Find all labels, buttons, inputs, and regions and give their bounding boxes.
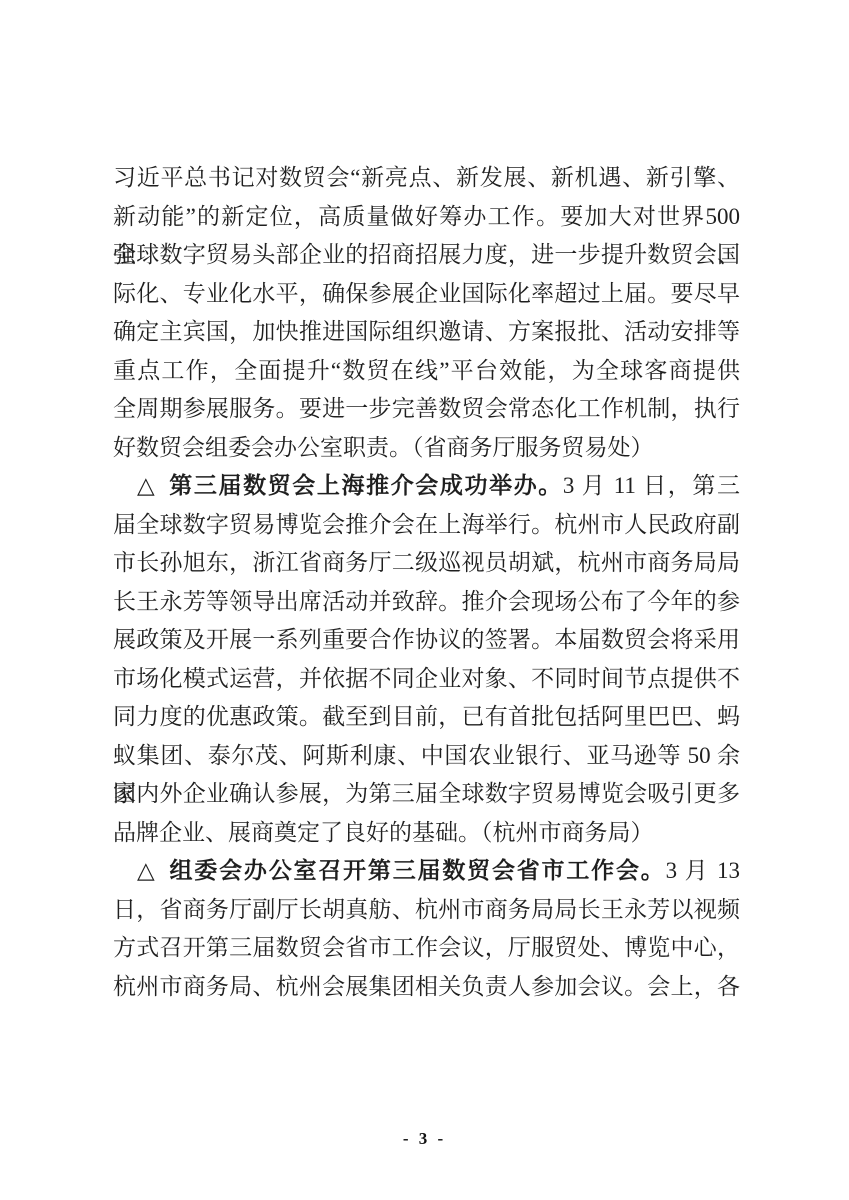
text-line: 届全球数字贸易博览会推介会在上海举行。杭州市人民政府副 — [113, 506, 740, 545]
item-title: 组委会办公室召开第三届数贸会省市工作会。 — [170, 858, 666, 883]
text-line: 确定主宾国，加快推进国际组织邀请、方案报批、活动安排等 — [113, 313, 740, 352]
text-line: 市长孙旭东，浙江省商务厅二级巡视员胡斌，杭州市商务局局 — [113, 544, 740, 583]
text-line: △组委会办公室召开第三届数贸会省市工作会。3 月 13 — [113, 852, 740, 891]
page-number: - 3 - — [0, 1124, 849, 1154]
text-line: 际化、专业化水平，确保参展企业国际化率超过上届。要尽早 — [113, 275, 740, 314]
paragraph-item-shanghai-promotion: △第三届数贸会上海推介会成功举办。3 月 11 日，第三 届全球数字贸易博览会推… — [113, 467, 740, 852]
text-line: 习近平总书记对数贸会“新亮点、新发展、新机遇、新引擎、 — [113, 159, 740, 198]
text-line: 蚁集团、泰尔茂、阿斯利康、中国农业银行、亚马逊等 50 余家 — [113, 737, 740, 776]
text-line: 国内外企业确认参展，为第三届全球数字贸易博览会吸引更多 — [113, 775, 740, 814]
text-line: 市场化模式运营，并依据不同企业对象、不同时间节点提供不 — [113, 660, 740, 699]
text-line: 新动能”的新定位，高质量做好筹办工作。要加大对世界500强、 — [113, 198, 740, 237]
text-line: 全周期参展服务。要进一步完善数贸会常态化工作机制，执行 — [113, 390, 740, 429]
item-title: 第三届数贸会上海推介会成功举办。 — [169, 473, 563, 498]
text-line: 全球数字贸易头部企业的招商招展力度，进一步提升数贸会国 — [113, 236, 740, 275]
document-page: 习近平总书记对数贸会“新亮点、新发展、新机遇、新引擎、 新动能”的新定位，高质量… — [0, 0, 849, 1200]
text-line: 长王永芳等领导出席活动并致辞。推介会现场公布了今年的参 — [113, 583, 740, 622]
text-line: 同力度的优惠政策。截至到目前，已有首批包括阿里巴巴、蚂 — [113, 698, 740, 737]
text-block: 习近平总书记对数贸会“新亮点、新发展、新机遇、新引擎、 新动能”的新定位，高质量… — [113, 159, 740, 1006]
text-line: 日，省商务厅副厅长胡真舫、杭州市商务局局长王永芳以视频 — [113, 891, 740, 930]
paragraph-item-work-meeting: △组委会办公室召开第三届数贸会省市工作会。3 月 13 日，省商务厅副厅长胡真舫… — [113, 852, 740, 1006]
text-line: 重点工作，全面提升“数贸在线”平台效能，为全球客商提供 — [113, 352, 740, 391]
text-line: 品牌企业、展商奠定了良好的基础。（杭州市商务局） — [113, 814, 740, 853]
text-line: △第三届数贸会上海推介会成功举办。3 月 11 日，第三 — [113, 467, 740, 506]
item-text: 3 月 13 — [666, 858, 740, 883]
text-line: 杭州市商务局、杭州会展集团相关负责人参加会议。会上，各 — [113, 968, 740, 1007]
text-line: 展政策及开展一系列重要合作协议的签署。本届数贸会将采用 — [113, 621, 740, 660]
text-line: 好数贸会组委会办公室职责。（省商务厅服务贸易处） — [113, 429, 740, 468]
triangle-bullet-icon: △ — [137, 858, 157, 883]
text-line: 方式召开第三届数贸会省市工作会议，厅服贸处、博览中心， — [113, 929, 740, 968]
triangle-bullet-icon: △ — [137, 473, 156, 498]
paragraph-continuation: 习近平总书记对数贸会“新亮点、新发展、新机遇、新引擎、 新动能”的新定位，高质量… — [113, 159, 740, 467]
item-text: 3 月 11 日，第三 — [563, 473, 740, 498]
